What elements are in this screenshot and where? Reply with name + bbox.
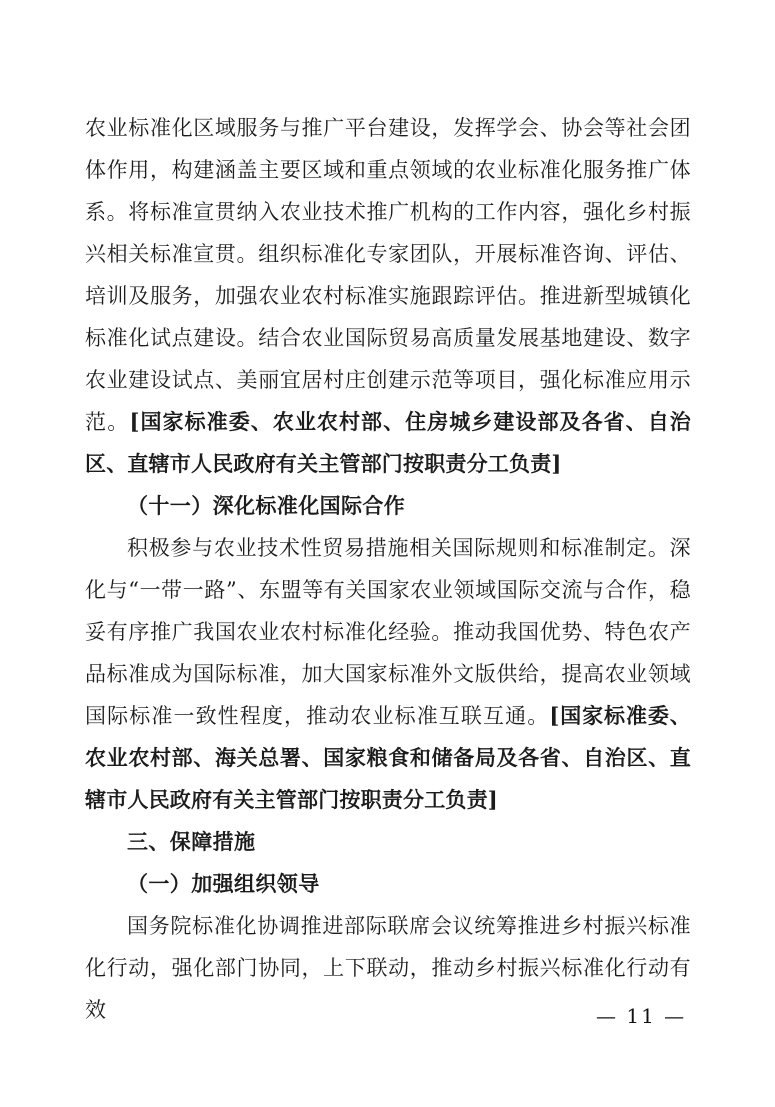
- heading-strengthen-organizational-leadership: （一）加强组织领导: [85, 863, 691, 905]
- responsibility-attribution-1: [国家标准委、农业农村部、住房城乡建设部及各省、自治区、直辖市人民政府有关主管部…: [85, 409, 691, 476]
- page-number: — 11 —: [596, 1004, 686, 1028]
- heading-section-eleven: （十一）深化标准化国际合作: [85, 485, 691, 527]
- document-body: 农业标准化区域服务与推广平台建设，发挥学会、协会等社会团体作用，构建涵盖主要区域…: [85, 107, 691, 1031]
- paragraph-international-cooperation-text: 积极参与农业技术性贸易措施相关国际规则和标准制定。深化与“一带一路”、东盟等有关…: [85, 536, 691, 728]
- paragraph-international-cooperation: 积极参与农业技术性贸易措施相关国际规则和标准制定。深化与“一带一路”、东盟等有关…: [85, 527, 691, 821]
- paragraph-standards-promotion-text: 农业标准化区域服务与推广平台建设，发挥学会、协会等社会团体作用，构建涵盖主要区域…: [85, 116, 691, 434]
- paragraph-standards-promotion: 农业标准化区域服务与推广平台建设，发挥学会、协会等社会团体作用，构建涵盖主要区域…: [85, 107, 691, 485]
- document-page: 农业标准化区域服务与推广平台建设，发挥学会、协会等社会团体作用，构建涵盖主要区域…: [0, 0, 775, 1107]
- heading-safeguard-measures: 三、保障措施: [85, 821, 691, 863]
